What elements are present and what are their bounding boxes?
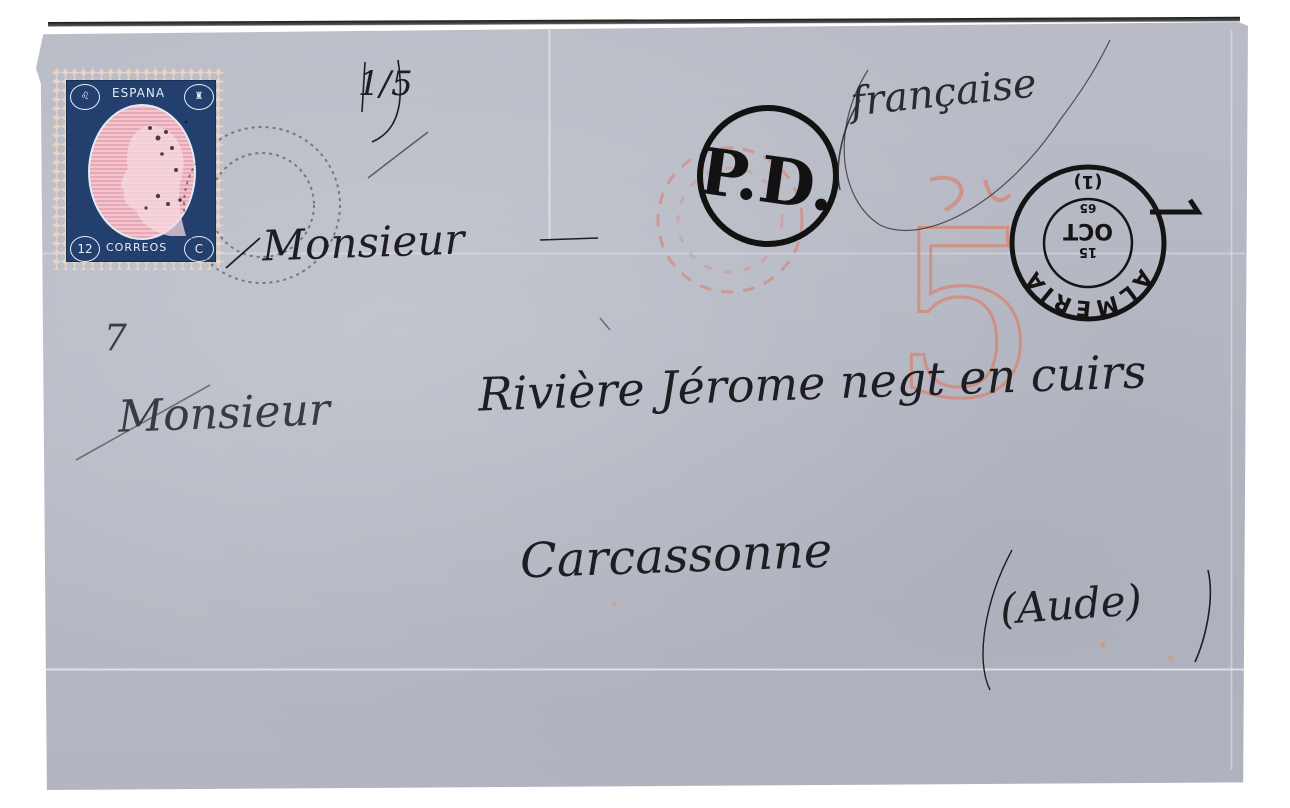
queen-profile-icon (121, 125, 186, 236)
salutation-top: Monsieur (261, 214, 465, 270)
svg-text:ALMERIA: ALMERIA (1019, 265, 1157, 321)
pd-text: P.D. (695, 134, 839, 227)
almeria-month: OCT (1063, 218, 1113, 243)
salutation: Monsieur (117, 384, 331, 442)
foxing-spot (1100, 642, 1106, 648)
foxing-spot (612, 602, 616, 606)
foxing-spot (1168, 656, 1173, 661)
almeria-day: 15 (1079, 244, 1097, 259)
address-department: (Aude) (998, 575, 1143, 634)
almeria-town: ALMERIA (1019, 265, 1157, 321)
pd-postmark: P.D. (695, 108, 839, 244)
top-rate-mark: 1/5 (358, 64, 413, 104)
almeria-year: 65 (1080, 201, 1097, 215)
almeria-number: (1) (1074, 171, 1103, 192)
address-city: Carcassonne (519, 523, 833, 590)
margin-mark: 7 (104, 318, 127, 359)
